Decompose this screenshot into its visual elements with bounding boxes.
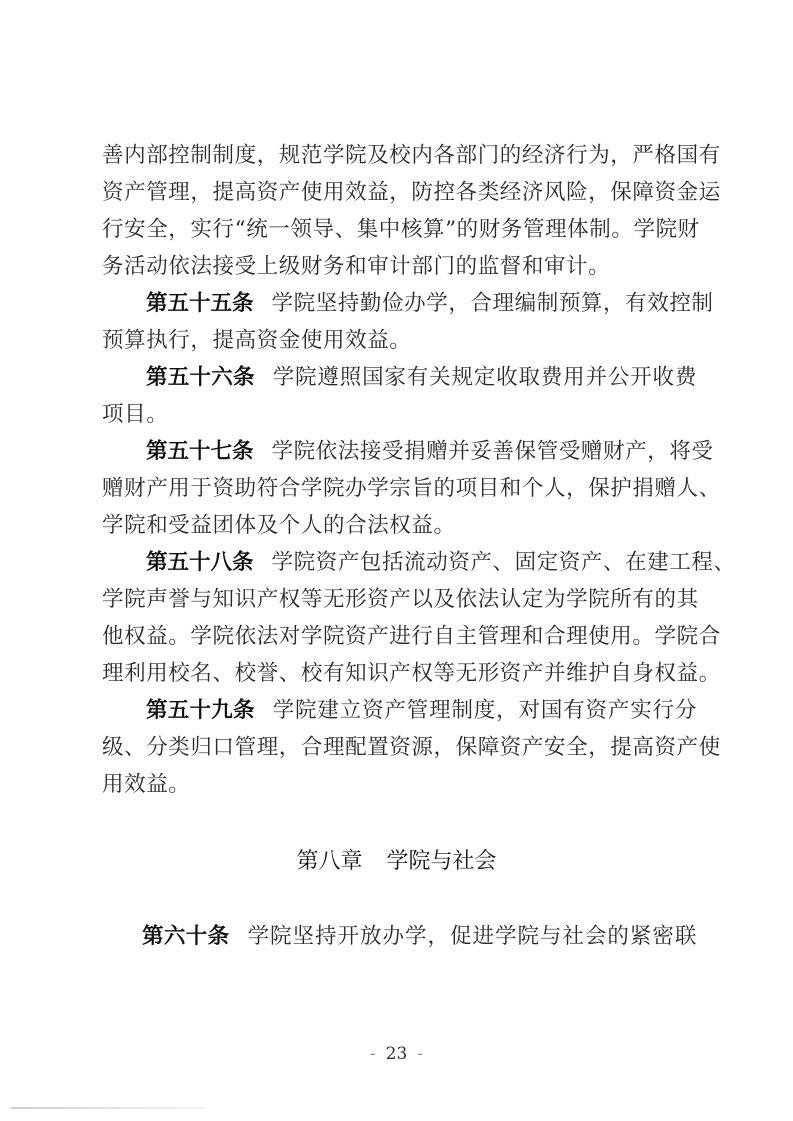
paragraph-line: 他权益。学院依法对学院资产进行自主管理和合理使用。学院合 xyxy=(102,618,697,655)
page-number: -23- xyxy=(0,1044,793,1064)
article-label: 第五十九条 xyxy=(146,698,255,723)
article-text: 学院建立资产管理制度，对国有资产实行分 xyxy=(273,698,697,723)
paragraph-line: 理利用校名、校誉、校有知识产权等无形资产并维护自身权益。 xyxy=(102,655,697,692)
article-label: 第六十条 xyxy=(142,924,230,949)
article-text: 学院坚持勤俭办学，合理编制预算，有效控制 xyxy=(272,291,714,316)
chapter-heading: 第八章学院与社会 xyxy=(0,844,793,875)
article-text: 学院坚持开放办学，促进学院与社会的紧密联 xyxy=(248,924,697,949)
article-label: 第五十七条 xyxy=(146,439,254,464)
document-page: 善内部控制制度，规范学院及校内各部门的经济行为，严格国有 资产管理，提高资产使用… xyxy=(0,0,793,1121)
article-56: 第五十六条学院遵照国家有关规定收取费用并公开收费 xyxy=(146,359,697,396)
article-57: 第五十七条学院依法接受捐赠并妥善保管受赠财产，将受 xyxy=(146,433,697,470)
paragraph-line: 预算执行，提高资金使用效益。 xyxy=(102,322,697,359)
article-60: 第六十条学院坚持开放办学，促进学院与社会的紧密联 xyxy=(142,918,697,955)
article-text: 学院遵照国家有关规定收取费用并公开收费 xyxy=(273,365,697,390)
article-label: 第五十五条 xyxy=(146,291,254,316)
paragraph-line: 用效益。 xyxy=(102,766,697,803)
chapter-number: 第八章 xyxy=(296,849,362,874)
article-label: 第五十六条 xyxy=(146,365,255,390)
article-59: 第五十九条学院建立资产管理制度，对国有资产实行分 xyxy=(146,692,697,729)
article-text: 学院依法接受捐赠并妥善保管受赠财产，将受 xyxy=(272,439,714,464)
chapter-title: 学院与社会 xyxy=(387,849,497,874)
paragraph-line: 行安全，实行“统一领导、集中核算”的财务管理体制。学院财 xyxy=(102,211,697,248)
paragraph-line: 赠财产用于资助符合学院办学宗旨的项目和个人，保护捐赠人、 xyxy=(102,470,697,507)
paragraph-line: 资产管理，提高资产使用效益，防控各类经济风险，保障资金运 xyxy=(102,174,697,211)
paragraph-line: 项目。 xyxy=(102,396,697,433)
scan-artifact-line xyxy=(11,1107,206,1109)
paragraph-line: 级、分类归口管理，合理配置资源，保障资产安全，提高资产使 xyxy=(102,729,697,766)
article-55: 第五十五条学院坚持勤俭办学，合理编制预算，有效控制 xyxy=(146,285,697,322)
paragraph-line: 学院和受益团体及个人的合法权益。 xyxy=(102,507,697,544)
paragraph-line: 善内部控制制度，规范学院及校内各部门的经济行为，严格国有 xyxy=(102,137,697,174)
page-number-value: 23 xyxy=(386,1044,408,1064)
paragraph-line: 学院声誉与知识产权等无形资产以及依法认定为学院所有的其 xyxy=(102,581,697,618)
article-58: 第五十八条学院资产包括流动资产、固定资产、在建工程、 xyxy=(146,544,697,581)
paragraph-line: 务活动依法接受上级财务和审计部门的监督和审计。 xyxy=(102,248,697,285)
article-label: 第五十八条 xyxy=(146,550,254,575)
article-text: 学院资产包括流动资产、固定资产、在建工程、 xyxy=(272,550,736,575)
